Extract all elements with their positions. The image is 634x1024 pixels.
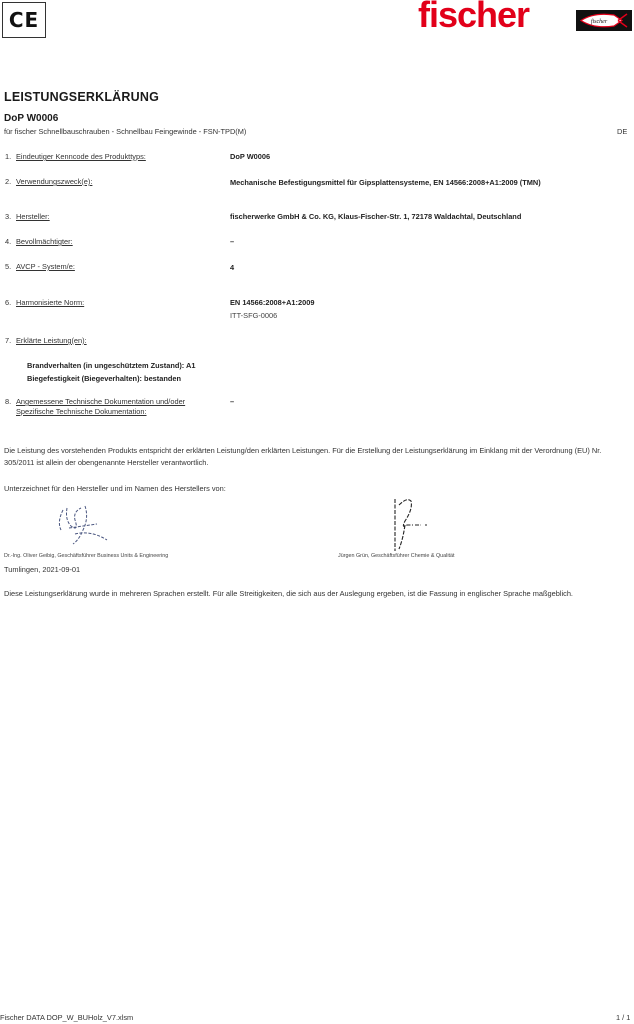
item-label-line2: Spezifische Technische Dokumentation:	[16, 407, 147, 417]
signatory-1-caption: Dr.-Ing. Oliver Geibig, Geschäftsführer …	[4, 553, 168, 559]
item-number: 1.	[5, 152, 11, 161]
item-value: 4	[230, 263, 234, 272]
item-number: 8.	[5, 397, 11, 406]
fish-logo-icon: fischer	[576, 10, 632, 31]
item-value: EN 14566:2008+A1:2009	[230, 298, 314, 307]
document-title: LEISTUNGSERKLÄRUNG	[4, 90, 159, 104]
dop-number: DoP W0006	[4, 113, 58, 124]
item-label: Harmonisierte Norm:	[16, 298, 84, 308]
signatory-2-caption: Jürgen Grün, Geschäftsführer Chemie & Qu…	[338, 553, 455, 559]
svg-text:fischer: fischer	[591, 18, 608, 25]
fischer-brand-logo: fischer	[418, 0, 529, 36]
product-subtitle: für fischer Schnellbauschrauben - Schnel…	[4, 127, 246, 136]
item-value: –	[230, 237, 234, 246]
item-value: fischerwerke GmbH & Co. KG, Klaus-Fische…	[230, 212, 521, 221]
item-value: DoP W0006	[230, 152, 270, 161]
item-label: Hersteller:	[16, 212, 50, 222]
item-number: 7.	[5, 336, 11, 345]
ce-mark-logo: CE	[2, 2, 46, 38]
signature-geibig	[45, 500, 125, 550]
item-label: Bevollmächtigter:	[16, 237, 73, 247]
footer-page-number: 1 / 1	[616, 1013, 630, 1022]
item-value: Mechanische Befestigungsmittel für Gipsp…	[230, 178, 541, 187]
item-label: AVCP - System/e:	[16, 262, 75, 272]
item-number: 3.	[5, 212, 11, 221]
item-value: –	[230, 397, 234, 406]
item-label: Verwendungszweck(e):	[16, 177, 92, 187]
item-number: 6.	[5, 298, 11, 307]
language-code: DE	[617, 127, 627, 136]
performance-fire: Brandverhalten (in ungeschütztem Zustand…	[27, 360, 196, 372]
item-number: 5.	[5, 262, 11, 271]
declaration-text: Die Leistung des vorstehenden Produkts e…	[4, 445, 630, 469]
item-subvalue: ITT-SFG-0006	[230, 311, 277, 320]
place-and-date: Tumlingen, 2021-09-01	[4, 564, 630, 576]
item-number: 2.	[5, 177, 11, 186]
ce-mark-text: CE	[9, 8, 39, 32]
item-label: Erklärte Leistung(en):	[16, 336, 87, 346]
signed-for-text: Unterzeichnet für den Hersteller und im …	[4, 483, 630, 495]
footer-filename: Fischer DATA DOP_W_BUHolz_V7.xlsm	[0, 1013, 133, 1022]
performance-bending: Biegefestigkeit (Biegeverhalten): bestan…	[27, 373, 181, 385]
item-label: Eindeutiger Kenncode des Produkttyps:	[16, 152, 146, 162]
item-label-line1: Angemessene Technische Dokumentation und…	[16, 397, 185, 407]
signature-gruen	[385, 495, 435, 555]
item-number: 4.	[5, 237, 11, 246]
language-note: Diese Leistungserklärung wurde in mehrer…	[4, 588, 630, 600]
